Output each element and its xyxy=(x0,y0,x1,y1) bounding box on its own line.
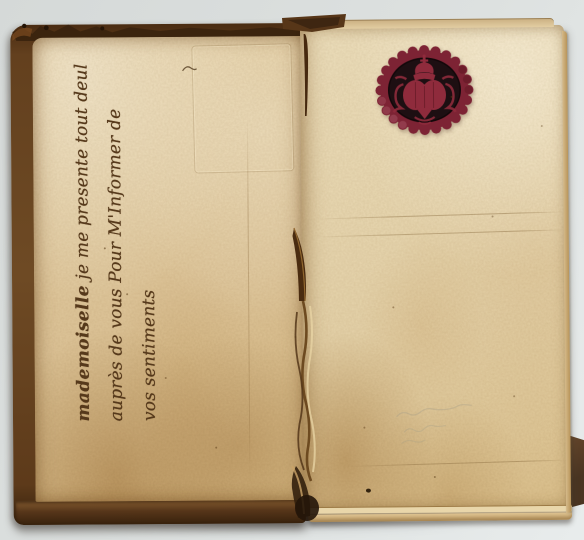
page-crease xyxy=(314,229,566,237)
left-cover-leather: mademoiselle je me presente tout deul au… xyxy=(10,23,305,525)
inscription-line: auprès de vous Pour M'Informer de xyxy=(99,61,135,421)
ink-spot xyxy=(366,489,371,493)
page-stack-bottom-edge xyxy=(308,505,572,522)
inscription-text: auprès de vous Pour M'Informer de xyxy=(105,109,127,422)
paper-specks xyxy=(104,247,106,249)
paper-specks xyxy=(451,96,453,98)
right-flyleaf-page xyxy=(300,25,568,509)
inscription-line: mademoiselle je me presente tout deul xyxy=(66,61,102,421)
inscription-text: je me presente tout deul xyxy=(72,64,94,286)
handwritten-inscription: mademoiselle je me presente tout deul au… xyxy=(66,61,171,422)
photo: mademoiselle je me presente tout deul au… xyxy=(0,0,584,540)
page-stack-top-edge xyxy=(308,18,554,29)
page-stack-fore-edge xyxy=(562,31,571,513)
inscription-line: vos sentiments xyxy=(132,61,168,421)
faint-inscription xyxy=(393,393,490,451)
inscription-word: mademoiselle xyxy=(73,285,94,422)
book: mademoiselle je me presente tout deul au… xyxy=(0,0,584,540)
blind-stamp-frame xyxy=(191,43,294,173)
wax-seal xyxy=(372,42,477,139)
left-endpaper: mademoiselle je me presente tout deul au… xyxy=(32,36,305,502)
leather-bottom-band xyxy=(16,499,306,525)
ink-mark xyxy=(181,63,199,75)
inscription-text: vos sentiments xyxy=(139,290,160,422)
page-crease xyxy=(344,459,568,467)
page-crease xyxy=(314,211,566,219)
